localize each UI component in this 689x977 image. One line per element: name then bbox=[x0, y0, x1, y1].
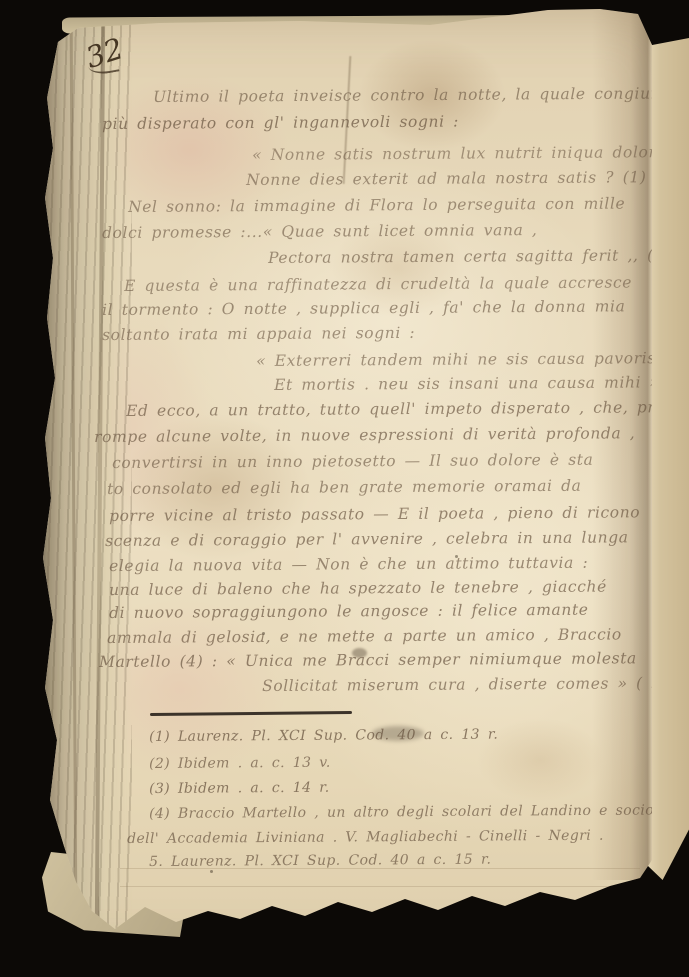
page-vignette bbox=[0, 0, 689, 977]
manuscript-page: 32 Ultimo il poeta inveisce contro la no… bbox=[0, 0, 689, 977]
manuscript-scan: 32 Ultimo il poeta inveisce contro la no… bbox=[0, 0, 689, 977]
